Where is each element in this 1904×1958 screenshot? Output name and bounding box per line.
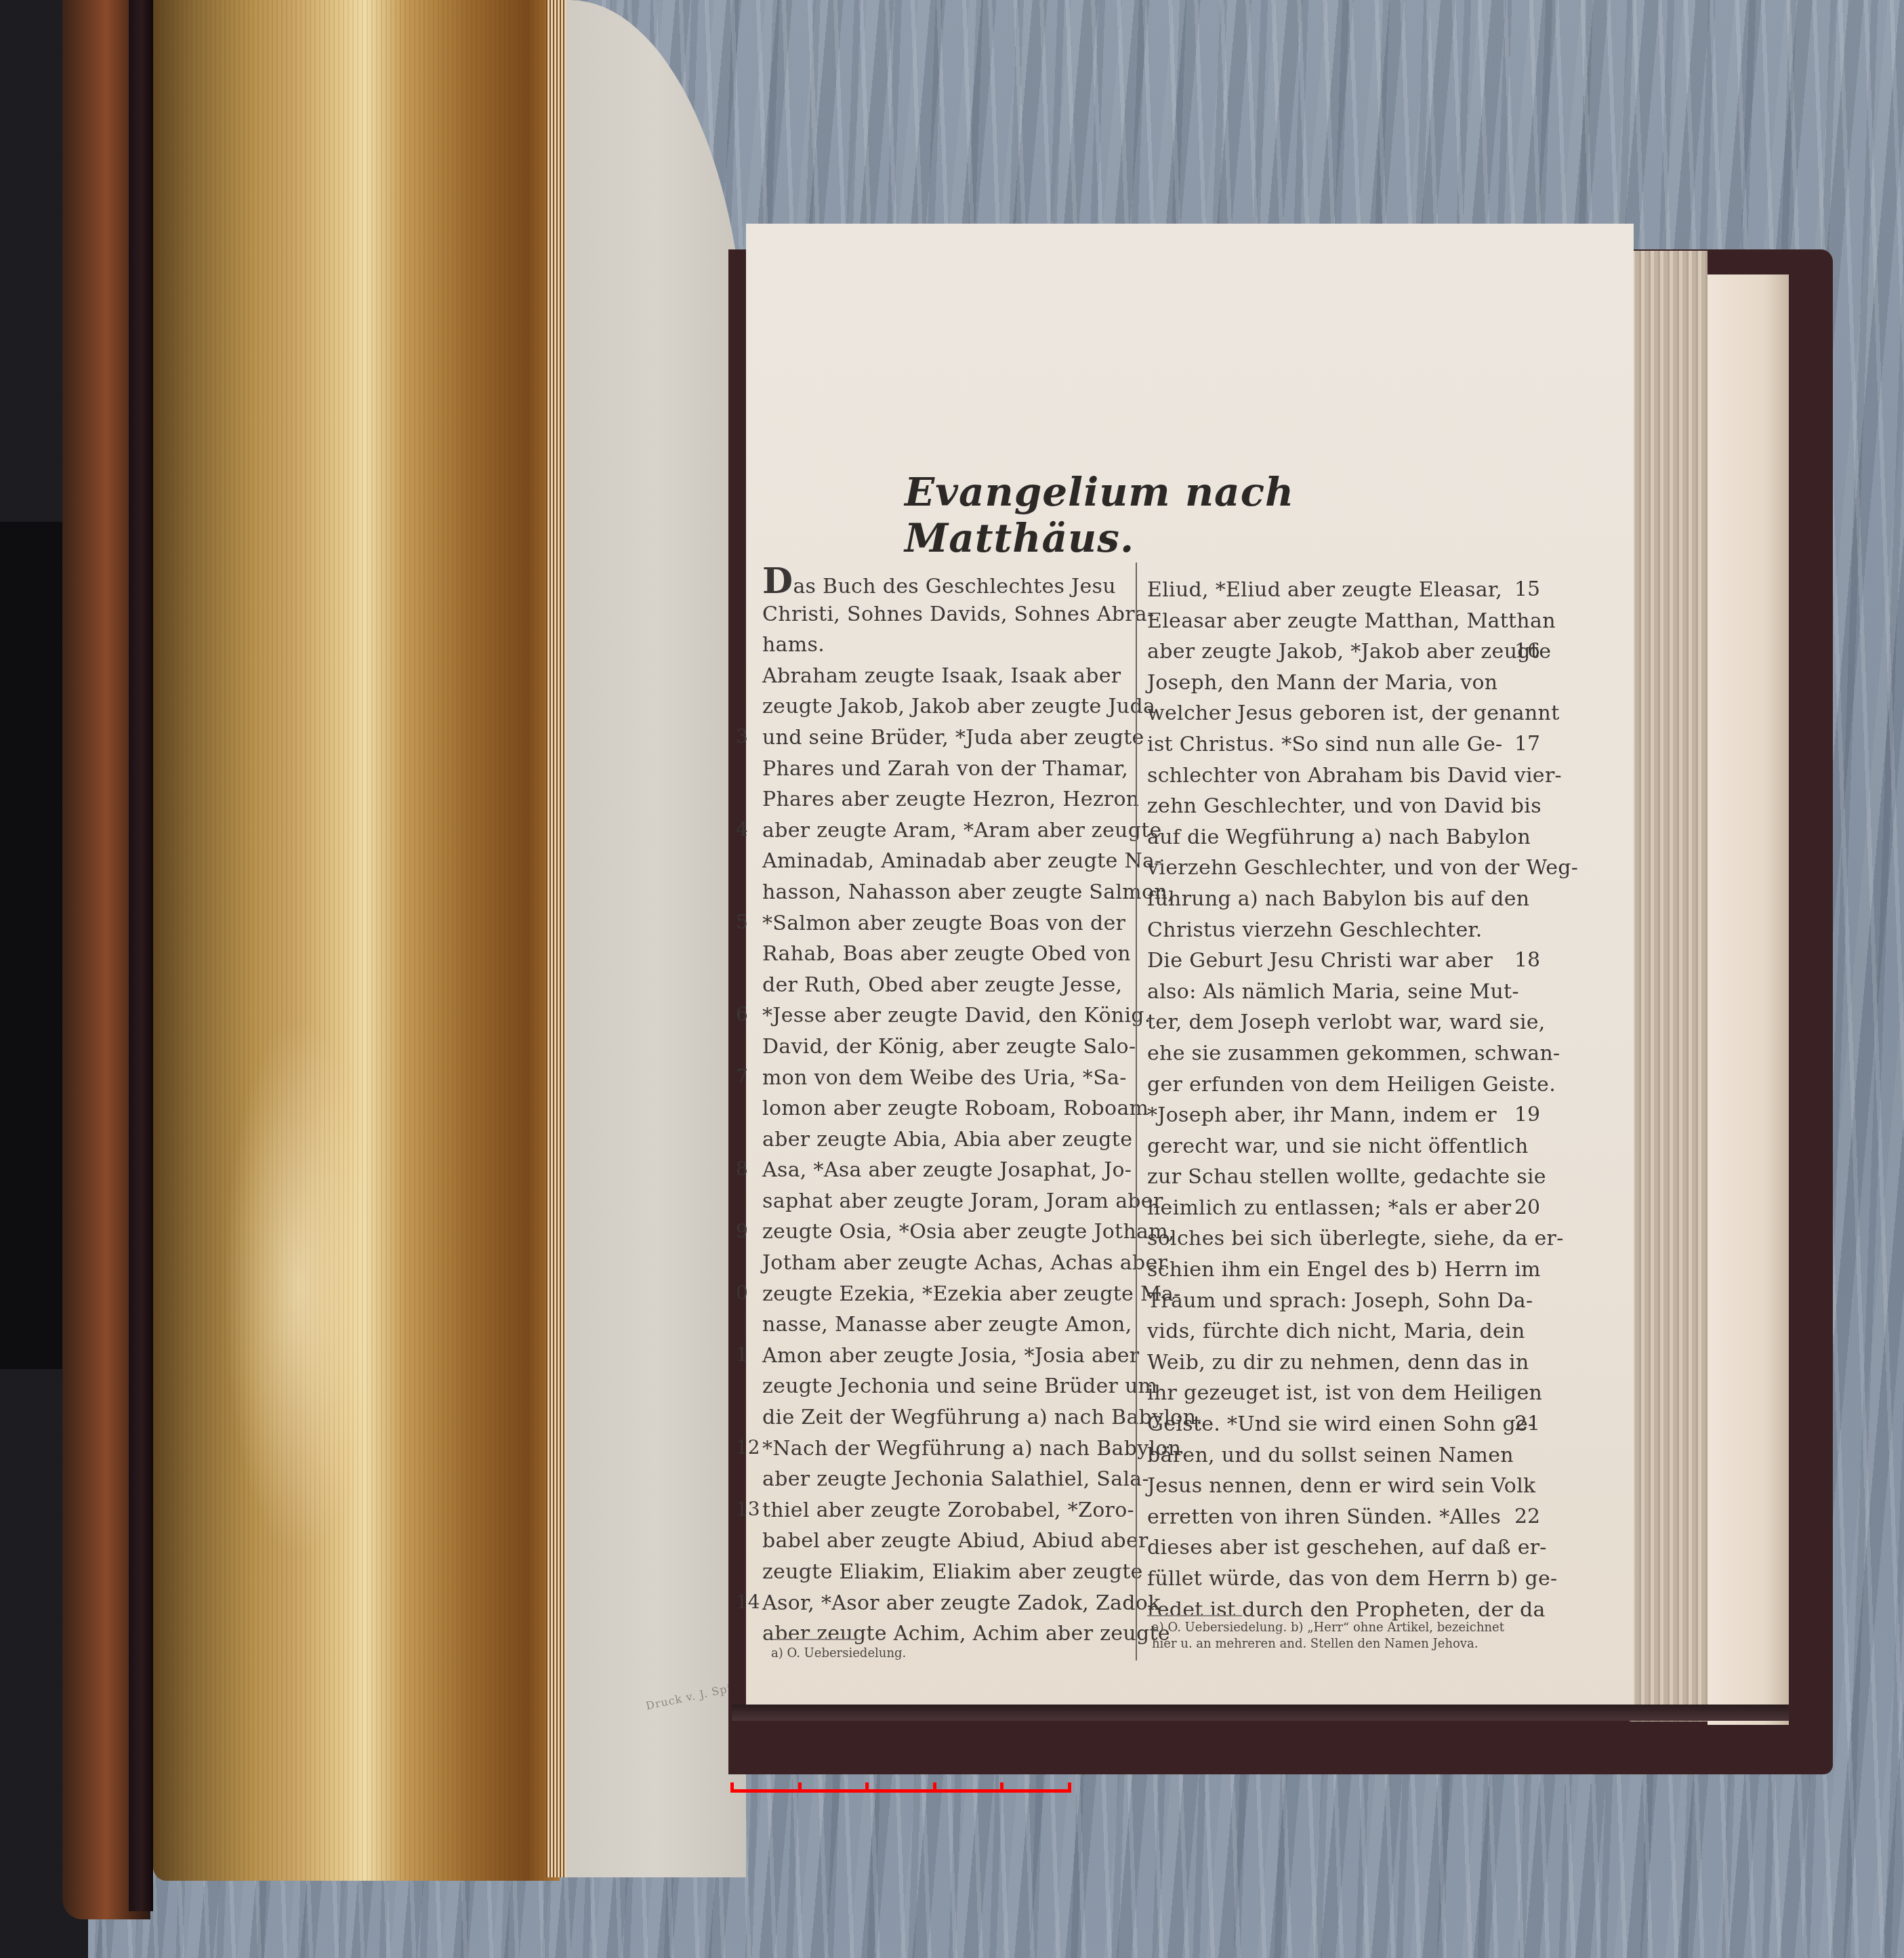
verse-number: 17 (1514, 732, 1540, 756)
text-line: und seine Brüder, *Juda aber zeugte (762, 722, 1125, 754)
text-line: Das Buch des Geschlechtes Jesu (762, 568, 1125, 599)
column-divider (1136, 563, 1137, 1660)
verse-number: 6 (736, 1003, 748, 1025)
verse-number: 18 (1514, 948, 1540, 972)
verse-number: 21 (1514, 1412, 1540, 1435)
text-line: der Ruth, Obed aber zeugte Jesse, (762, 970, 1125, 1001)
text-line: Amon aber zeugte Josia, *Josia aber (762, 1341, 1125, 1372)
text-line: vierzehn Geschlechter, und von der Weg- (1147, 853, 1510, 884)
text-line: Christus vierzehn Geschlechter. (1147, 915, 1510, 946)
text-line: Joseph, den Mann der Maria, von (1147, 668, 1510, 699)
text-line: also: Als nämlich Maria, seine Mut- (1147, 977, 1510, 1008)
verse-number: 16 (1514, 639, 1540, 663)
text-line: ihr gezeuget ist, ist von dem Heiligen (1147, 1378, 1510, 1409)
scale-tick (933, 1782, 936, 1793)
verse-number: 8 (736, 1158, 748, 1180)
verse-number: 7 (736, 1065, 748, 1088)
book-cover-edge (129, 0, 153, 1911)
text-line: Aminadab, Aminadab aber zeugte Na- (762, 846, 1125, 877)
footnote-right: a) O. Uebersiedelung. b) „Herr“ ohne Art… (1152, 1620, 1518, 1652)
text-line: Eliud, *Eliud aber zeugte Eleasar, (1147, 575, 1510, 606)
verse-number: 13 (736, 1498, 760, 1520)
verse-number: 12 (736, 1436, 760, 1459)
verse-number: 5 (736, 911, 748, 933)
text-line: dieses aber ist geschehen, auf daß er- (1147, 1532, 1510, 1564)
footnote-rule-left (772, 1639, 861, 1640)
text-line: die Zeit der Wegführung a) nach Babylon. (762, 1402, 1125, 1433)
verse-number: 19 (1514, 1103, 1540, 1126)
text-line: ist Christus. *So sind nun alle Ge- (1147, 729, 1510, 760)
text-line: aber zeugte Jakob, *Jakob aber zeugte (1147, 636, 1510, 668)
text-line: aber zeugte Jechonia Salathiel, Sala- (762, 1464, 1125, 1495)
text-line: ehe sie zusammen gekommen, schwan- (1147, 1038, 1510, 1069)
text-line: Christi, Sohnes Davids, Sohnes Abra- (762, 599, 1125, 630)
verse-number: 15 (1514, 577, 1540, 601)
text-line: zehn Geschlechter, und von David bis (1147, 791, 1510, 822)
text-line: hasson, Nahasson aber zeugte Salmon, (762, 877, 1125, 908)
text-line: ter, dem Joseph verlobt war, ward sie, (1147, 1007, 1510, 1038)
text-line: thiel aber zeugte Zorobabel, *Zoro- (762, 1495, 1125, 1526)
text-line: erretten von ihren Sünden. *Alles (1147, 1502, 1510, 1533)
text-line: auf die Wegführung a) nach Babylon (1147, 822, 1510, 853)
text-line: Die Geburt Jesu Christi war aber (1147, 945, 1510, 977)
text-line: aber zeugte Abia, Abia aber zeugte (762, 1124, 1125, 1156)
text-line: Traum und sprach: Joseph, Sohn Da- (1147, 1286, 1510, 1317)
book-bottom-edge (732, 1705, 1789, 1721)
text-line: hams. (762, 630, 1125, 661)
text-line: gerecht war, und sie nicht öffentlich (1147, 1131, 1510, 1162)
text-line: Jesus nennen, denn er wird sein Volk (1147, 1471, 1510, 1502)
text-line: *Salmon aber zeugte Boas von der (762, 908, 1125, 939)
text-line: aber zeugte Achim, Achim aber zeugte (762, 1618, 1125, 1650)
text-line: solches bei sich überlegte, siehe, da er… (1147, 1223, 1510, 1255)
text-line: aber zeugte Aram, *Aram aber zeugte (762, 815, 1125, 847)
text-line: Phares und Zarah von der Thamar, (762, 754, 1125, 785)
scale-tick (1000, 1782, 1003, 1793)
scale-tick (1068, 1782, 1071, 1793)
text-line: Abraham zeugte Isaak, Isaak aber (762, 661, 1125, 692)
scale-bar (730, 1789, 1071, 1793)
text-line: vids, fürchte dich nicht, Maria, dein (1147, 1316, 1510, 1347)
scale-tick (798, 1782, 802, 1793)
text-line: zeugte Jakob, Jakob aber zeugte Juda (762, 691, 1125, 722)
text-line: *Joseph aber, ihr Mann, indem er (1147, 1100, 1510, 1131)
text-line: nasse, Manasse aber zeugte Amon, (762, 1309, 1125, 1341)
text-line: zeugte Osia, *Osia aber zeugte Jotham, (762, 1217, 1125, 1248)
text-line: bären, und du sollst seinen Namen (1147, 1440, 1510, 1471)
footnote-rule-right (1147, 1615, 1242, 1616)
page-stack-lines (546, 0, 566, 1877)
scale-tick (730, 1782, 734, 1793)
verse-number: 14 (736, 1591, 760, 1613)
text-line: Asa, *Asa aber zeugte Josaphat, Jo- (762, 1155, 1125, 1186)
gilt-highlight (224, 1017, 373, 1559)
scale-tick (865, 1782, 869, 1793)
text-line: zeugte Ezekia, *Ezekia aber zeugte Ma- (762, 1279, 1125, 1310)
endpaper-edge (1708, 274, 1789, 1725)
text-line: Phares aber zeugte Hezron, Hezron (762, 784, 1125, 815)
text-line: zeugte Eliakim, Eliakim aber zeugte (762, 1557, 1125, 1588)
verse-number: 4 (736, 818, 748, 840)
text-line: schien ihm ein Engel des b) Herrn im (1147, 1255, 1510, 1286)
text-line: David, der König, aber zeugte Salo- (762, 1032, 1125, 1063)
text-line: Jotham aber zeugte Achas, Achas aber (762, 1248, 1125, 1279)
text-line: Rahab, Boas aber zeugte Obed von (762, 939, 1125, 970)
text-line: Geiste. *Und sie wird einen Sohn ge- (1147, 1409, 1510, 1440)
text-line: lomon aber zeugte Roboam, Roboam (762, 1093, 1125, 1124)
fore-edge-pages (1630, 251, 1708, 1721)
text-line: babel aber zeugte Abiud, Abiud aber (762, 1526, 1125, 1557)
text-line: Eleasar aber zeugte Matthan, Matthan (1147, 606, 1510, 637)
verse-number: 22 (1514, 1505, 1540, 1528)
drop-cap: D (762, 560, 793, 602)
left-page-curled (566, 0, 746, 1877)
text-line: mon von dem Weibe des Uria, *Sa- (762, 1063, 1125, 1094)
text-line: welcher Jesus geboren ist, der genannt (1147, 698, 1510, 729)
page-title: Evangelium nach Matthäus. (905, 469, 1420, 561)
text-line: zeugte Jechonia und seine Brüder um (762, 1371, 1125, 1402)
text-line: Asor, *Asor aber zeugte Zadok, Zadok (762, 1588, 1125, 1619)
text-line: zur Schau stellen wollte, gedachte sie (1147, 1162, 1510, 1193)
text-line: ger erfunden von dem Heiligen Geiste. (1147, 1069, 1510, 1101)
text-line: füllet würde, das von dem Herrn b) ge- (1147, 1564, 1510, 1595)
verse-number: 0 (736, 1282, 748, 1304)
text-line: Weib, zu dir zu nehmen, denn das in (1147, 1347, 1510, 1379)
text-line: saphat aber zeugte Joram, Joram aber (762, 1186, 1125, 1217)
verse-number: 9 (736, 1220, 748, 1242)
left-text-column: Das Buch des Geschlechtes JesuChristi, S… (762, 568, 1125, 1650)
gilt-page-edges (153, 0, 560, 1881)
text-line: schlechter von Abraham bis David vier- (1147, 760, 1510, 792)
footnote-left: a) O. Uebersiedelung. (771, 1646, 906, 1662)
verse-number: 20 (1514, 1196, 1540, 1219)
text-line: *Jesse aber zeugte David, den König. (762, 1000, 1125, 1032)
verse-number: 1 (736, 1343, 748, 1366)
text-line: heimlich zu entlassen; *als er aber (1147, 1193, 1510, 1224)
right-text-column: Eliud, *Eliud aber zeugte Eleasar,Eleasa… (1147, 575, 1510, 1625)
text-line: *Nach der Wegführung a) nach Babylon (762, 1433, 1125, 1465)
text-line: führung a) nach Babylon bis auf den (1147, 884, 1510, 915)
verse-number: 3 (736, 725, 748, 748)
